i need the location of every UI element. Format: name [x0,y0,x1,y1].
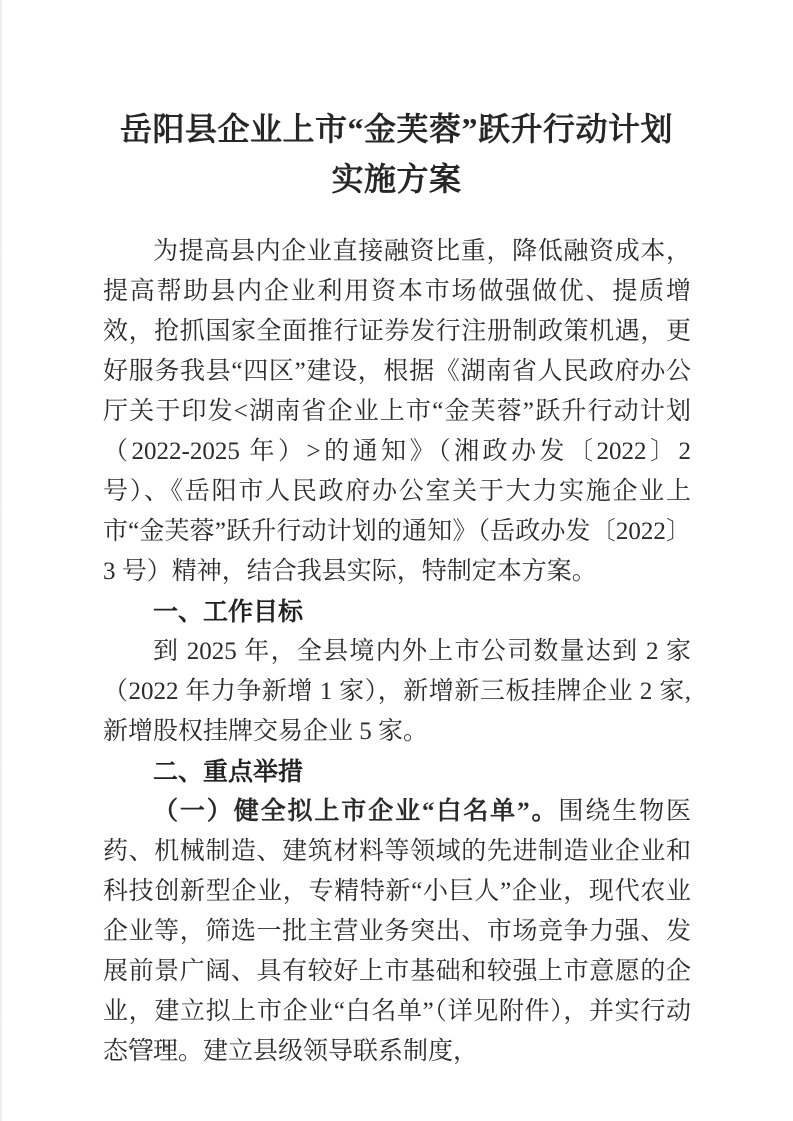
document-body: 为提高县内企业直接融资比重，降低融资成本，提高帮助县内企业利用资本市场做强做优、… [103,232,691,1072]
measure-1-lead: （一）健全拟上市企业“白名单”。 [153,798,558,825]
document-page: 岳阳县企业上市“金芙蓉”跃升行动计划 实施方案 为提高县内企业直接融资比重，降低… [0,0,793,1121]
measure-1-paragraph: （一）健全拟上市企业“白名单”。围绕生物医药、机械制造、建筑材料等领域的先进制造… [103,792,691,1072]
section-1-heading: 一、工作目标 [103,592,691,632]
measure-1-text: 围绕生物医药、机械制造、建筑材料等领域的先进制造业企业和科技创新型企业，专精特新… [103,798,691,1065]
page-number: - 2 - [128,1035,173,1056]
section-2-heading: 二、重点举措 [103,752,691,792]
document-title-line-2: 实施方案 [0,154,793,204]
document-title-line-1: 岳阳县企业上市“金芙蓉”跃升行动计划 [0,104,793,154]
section-1-body-paragraph: 到 2025 年，全县境内外上市公司数量达到 2 家（2022 年力争新增 1 … [103,632,691,752]
document-title: 岳阳县企业上市“金芙蓉”跃升行动计划 实施方案 [0,104,793,204]
intro-paragraph: 为提高县内企业直接融资比重，降低融资成本，提高帮助县内企业利用资本市场做强做优、… [103,232,691,592]
